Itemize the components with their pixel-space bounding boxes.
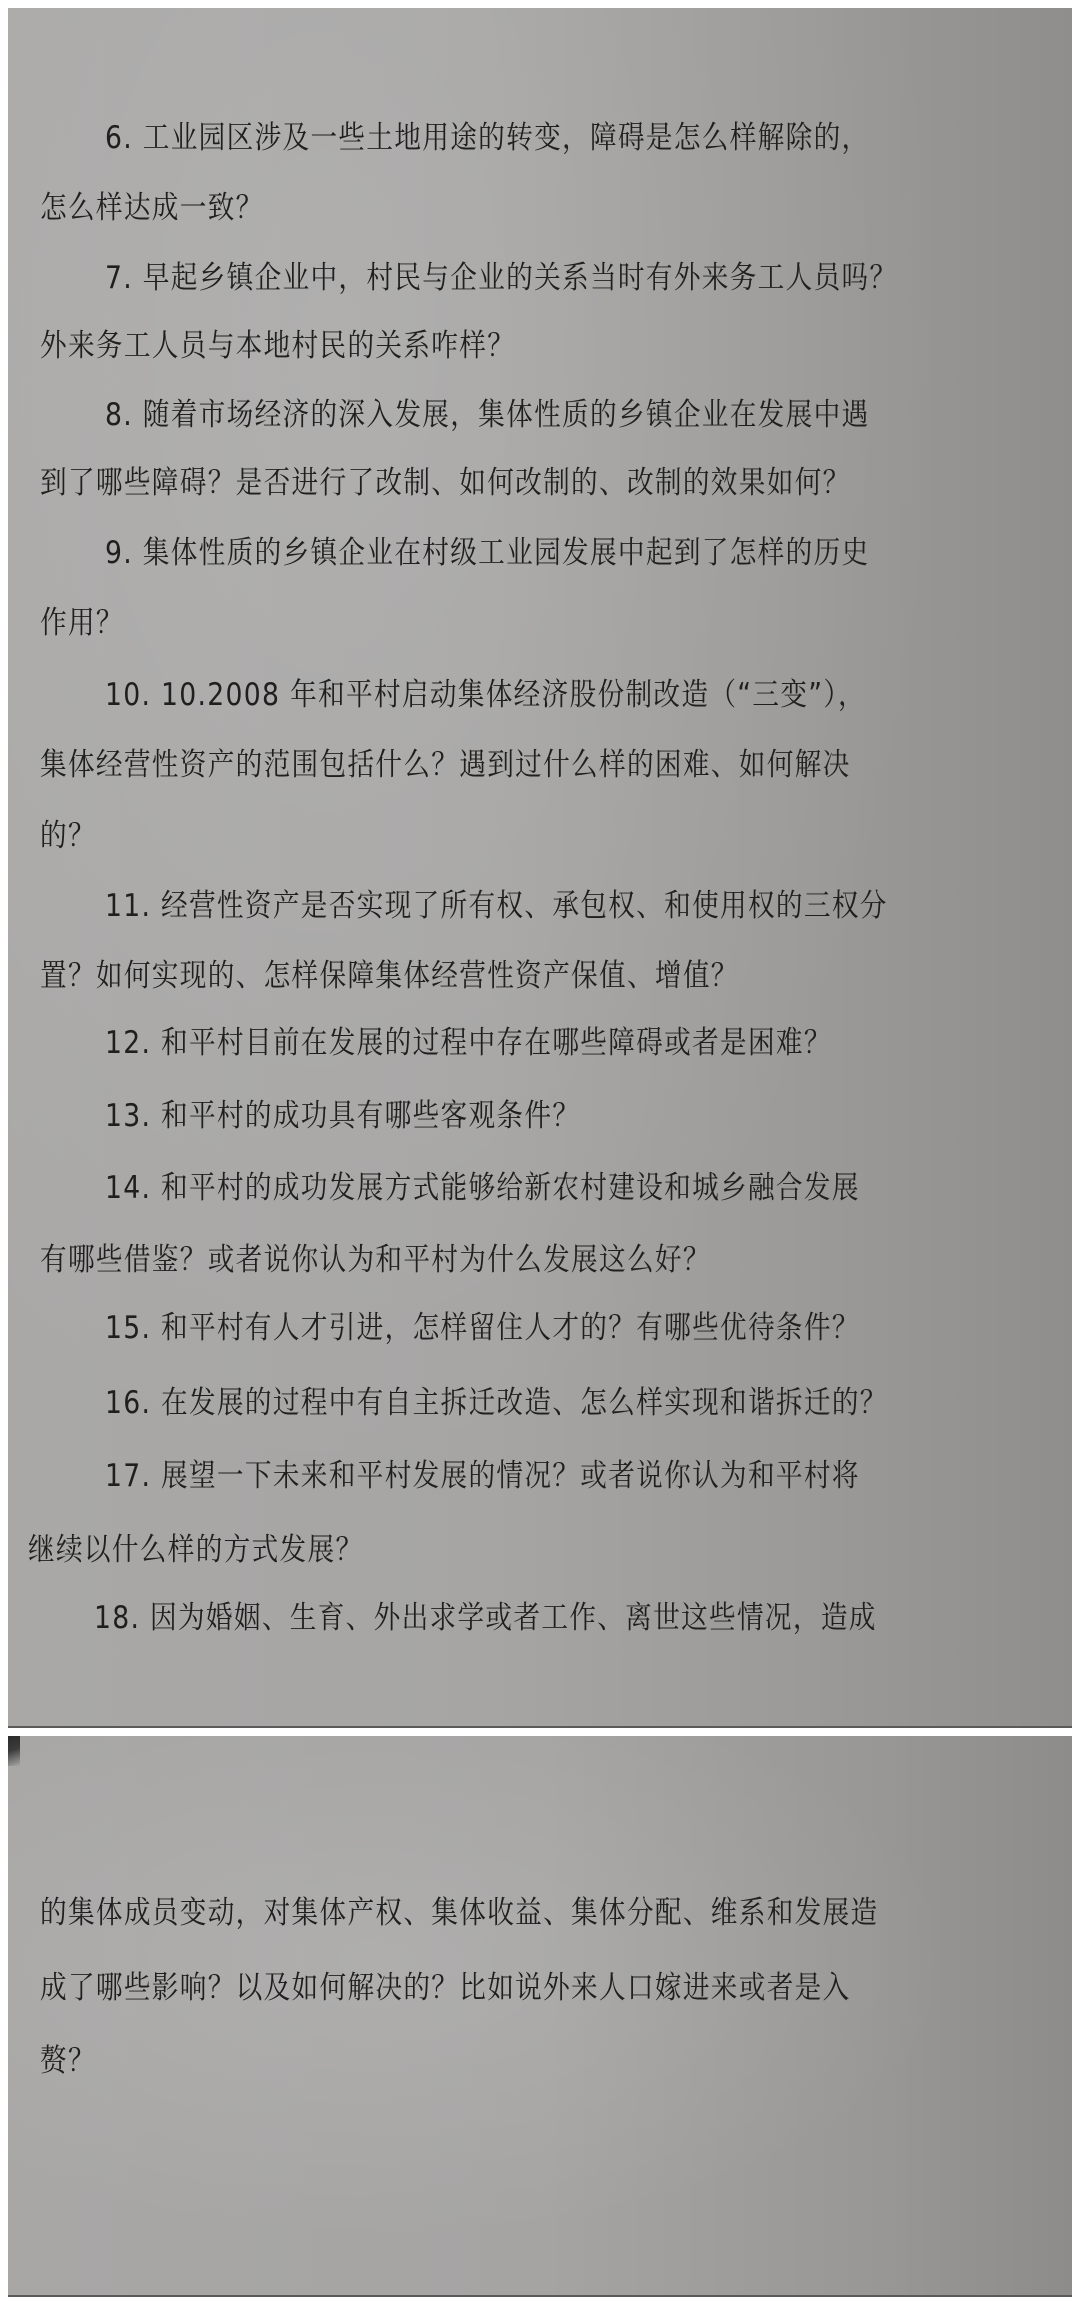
document-photo-page-2: 的集体成员变动，对集体产权、集体收益、集体分配、维系和发展造 成了哪些影响？以及… xyxy=(8,1736,1072,2297)
question-9-line-1: 9. 集体性质的乡镇企业在村级工业园发展中起到了怎样的历史 xyxy=(105,533,869,573)
question-9-line-2: 作用？ xyxy=(40,603,124,643)
page-corner-shadow xyxy=(8,1736,20,1766)
question-6-line-2: 怎么样达成一致？ xyxy=(40,188,264,228)
question-6-line-1: 6. 工业园区涉及一些土地用途的转变，障碍是怎么样解除的， xyxy=(105,118,869,158)
question-18-continuation-line-1: 的集体成员变动，对集体产权、集体收益、集体分配、维系和发展造 xyxy=(40,1893,879,1933)
question-18-line-1: 18. 因为婚姻、生育、外出求学或者工作、离世这些情况，造成 xyxy=(94,1598,877,1638)
question-7-line-1: 7. 早起乡镇企业中，村民与企业的关系当时有外来务工人员吗？ xyxy=(105,258,897,298)
question-15-line-1: 15. 和平村有人才引进，怎样留住人才的？有哪些优待条件？ xyxy=(105,1308,860,1348)
question-18-continuation-line-3: 赘？ xyxy=(40,2041,96,2081)
question-18-continuation-line-2: 成了哪些影响？以及如何解决的？比如说外来人口嫁进来或者是入 xyxy=(40,1968,851,2008)
question-14-line-1: 14. 和平村的成功发展方式能够给新农村建设和城乡融合发展 xyxy=(105,1168,860,1208)
question-8-line-2: 到了哪些障碍？是否进行了改制、如何改制的、改制的效果如何？ xyxy=(40,463,851,503)
question-17-line-2: 继续以什么样的方式发展？ xyxy=(28,1530,363,1570)
question-11-line-2: 置？如何实现的、怎样保障集体经营性资产保值、增值？ xyxy=(40,956,739,996)
question-14-line-2: 有哪些借鉴？或者说你认为和平村为什么发展这么好？ xyxy=(40,1240,711,1280)
question-11-line-1: 11. 经营性资产是否实现了所有权、承包权、和使用权的三权分 xyxy=(105,886,888,926)
question-17-line-1: 17. 展望一下未来和平村发展的情况？或者说你认为和平村将 xyxy=(105,1456,860,1496)
question-8-line-1: 8. 随着市场经济的深入发展，集体性质的乡镇企业在发展中遇 xyxy=(105,395,869,435)
question-7-line-2: 外来务工人员与本地村民的关系咋样？ xyxy=(40,326,515,366)
question-10-line-1: 10. 10.2008 年和平村启动集体经济股份制改造（“三变”）， xyxy=(105,675,866,715)
document-photo-page-1: 6. 工业园区涉及一些土地用途的转变，障碍是怎么样解除的， 怎么样达成一致？ 7… xyxy=(8,8,1072,1728)
question-12-line-1: 12. 和平村目前在发展的过程中存在哪些障碍或者是困难？ xyxy=(105,1023,832,1063)
question-10-line-3: 的？ xyxy=(40,816,96,856)
question-16-line-1: 16. 在发展的过程中有自主拆迁改造、怎么样实现和谐拆迁的？ xyxy=(105,1383,888,1423)
question-10-line-2: 集体经营性资产的范围包括什么？遇到过什么样的困难、如何解决 xyxy=(40,745,851,785)
question-13-line-1: 13. 和平村的成功具有哪些客观条件？ xyxy=(105,1096,580,1136)
